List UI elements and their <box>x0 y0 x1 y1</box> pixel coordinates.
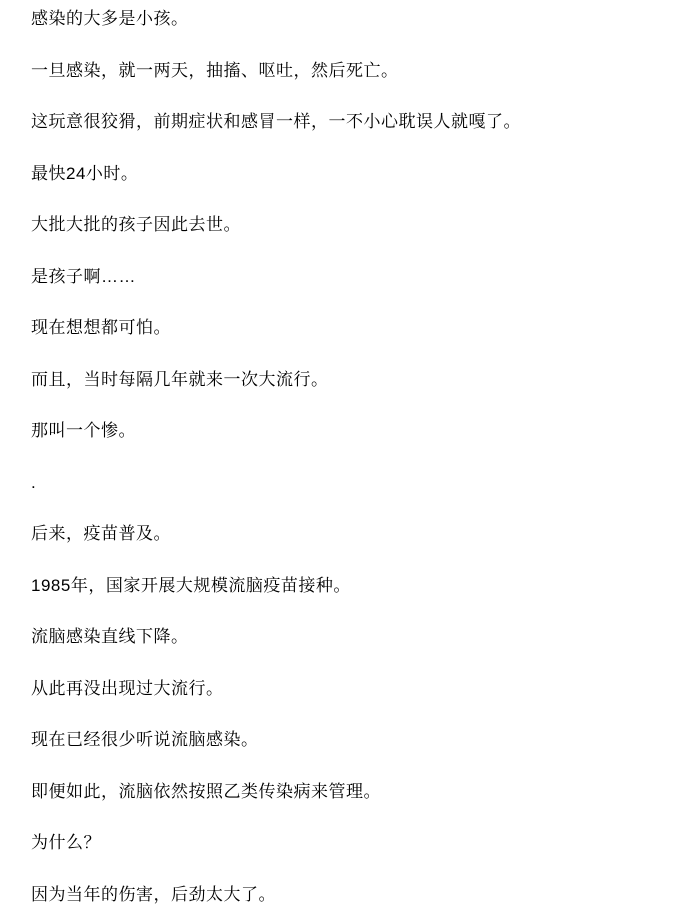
paragraph: 为什么？ <box>31 834 653 852</box>
paragraph: 那叫一个惨。 <box>31 422 653 440</box>
paragraph: 是孩子啊…… <box>31 268 653 286</box>
article-body: 感染的大多是小孩。一旦感染，就一两天，抽搐、呕吐，然后死亡。这玩意很狡猾，前期症… <box>0 0 673 904</box>
paragraph: 流脑感染直线下降。 <box>31 628 653 646</box>
paragraph: 现在想想都可怕。 <box>31 319 653 337</box>
paragraph: 而且，当时每隔几年就来一次大流行。 <box>31 371 653 389</box>
paragraph: 后来，疫苗普及。 <box>31 525 653 543</box>
paragraph: 大批大批的孩子因此去世。 <box>31 216 653 234</box>
paragraph: 从此再没出现过大流行。 <box>31 680 653 698</box>
paragraph: 这玩意很狡猾，前期症状和感冒一样，一不小心耽误人就嘎了。 <box>31 113 653 131</box>
paragraph: 因为当年的伤害，后劲太大了。 <box>31 886 653 904</box>
paragraph: 1985年，国家开展大规模流脑疫苗接种。 <box>31 577 653 595</box>
paragraph: . <box>31 474 653 492</box>
paragraph: 感染的大多是小孩。 <box>31 10 653 28</box>
paragraph: 最快24小时。 <box>31 165 653 183</box>
paragraph: 一旦感染，就一两天，抽搐、呕吐，然后死亡。 <box>31 62 653 80</box>
paragraph: 现在已经很少听说流脑感染。 <box>31 731 653 749</box>
paragraph: 即便如此，流脑依然按照乙类传染病来管理。 <box>31 783 653 801</box>
